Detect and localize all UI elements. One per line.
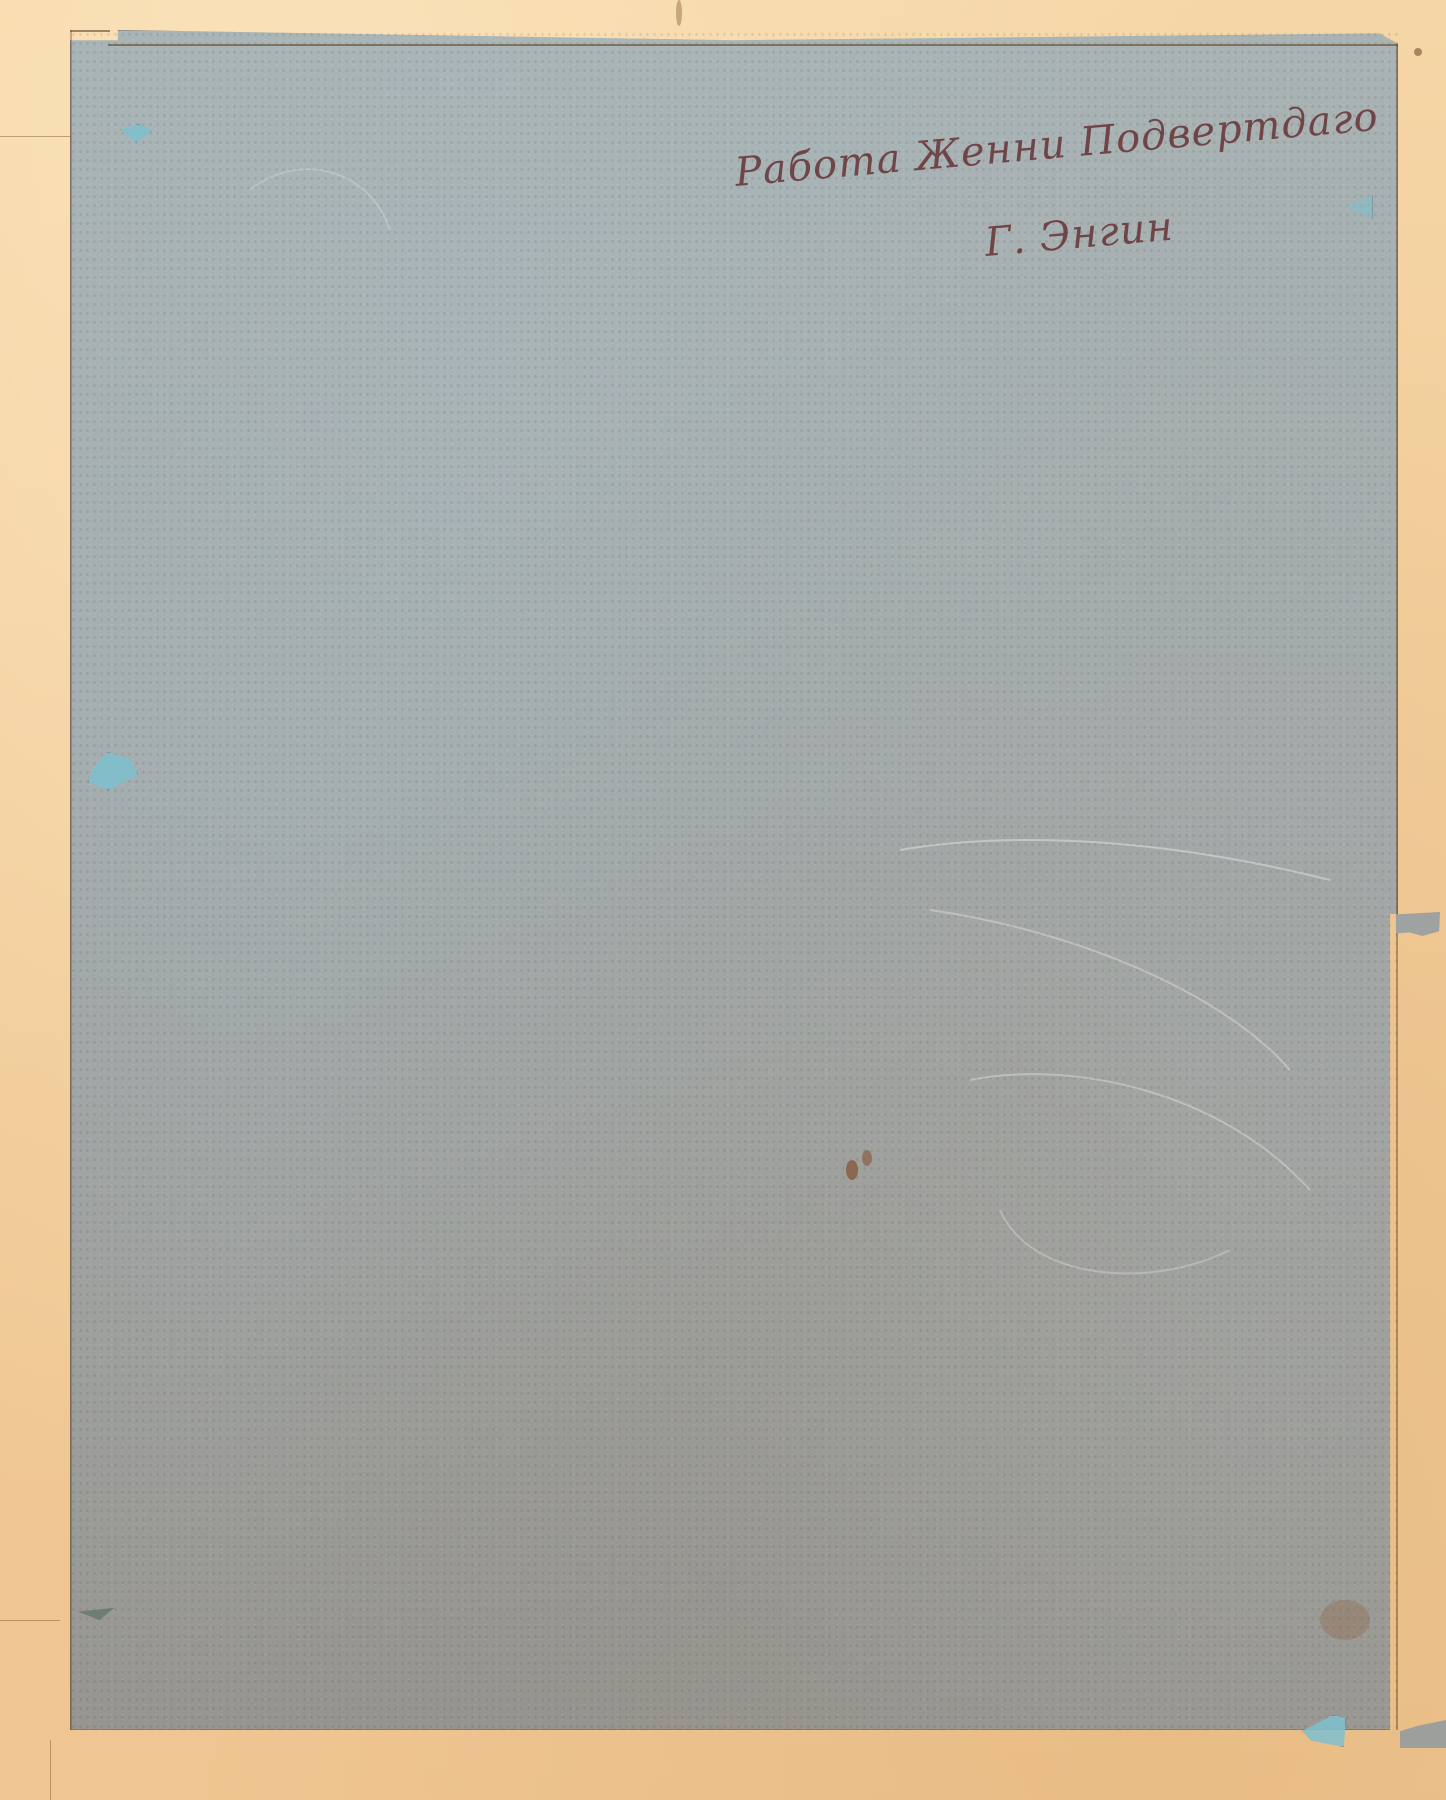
cardboard-seam (0, 136, 70, 137)
stain-center (846, 1160, 858, 1180)
stain-board-right (1414, 48, 1422, 56)
stain-board-top (676, 0, 682, 26)
paper-torn-tab (1396, 912, 1440, 936)
paper-edge (70, 30, 110, 32)
stain-center (862, 1150, 872, 1166)
paper-edge (1396, 44, 1398, 1730)
cardboard-seam (0, 1620, 60, 1621)
cardboard-seam (50, 1740, 51, 1800)
stain-bottom-right (1320, 1600, 1370, 1640)
paper-edge (70, 30, 72, 1730)
blue-grey-paper-sheet (70, 30, 1398, 1730)
paper-edge (108, 44, 1398, 46)
